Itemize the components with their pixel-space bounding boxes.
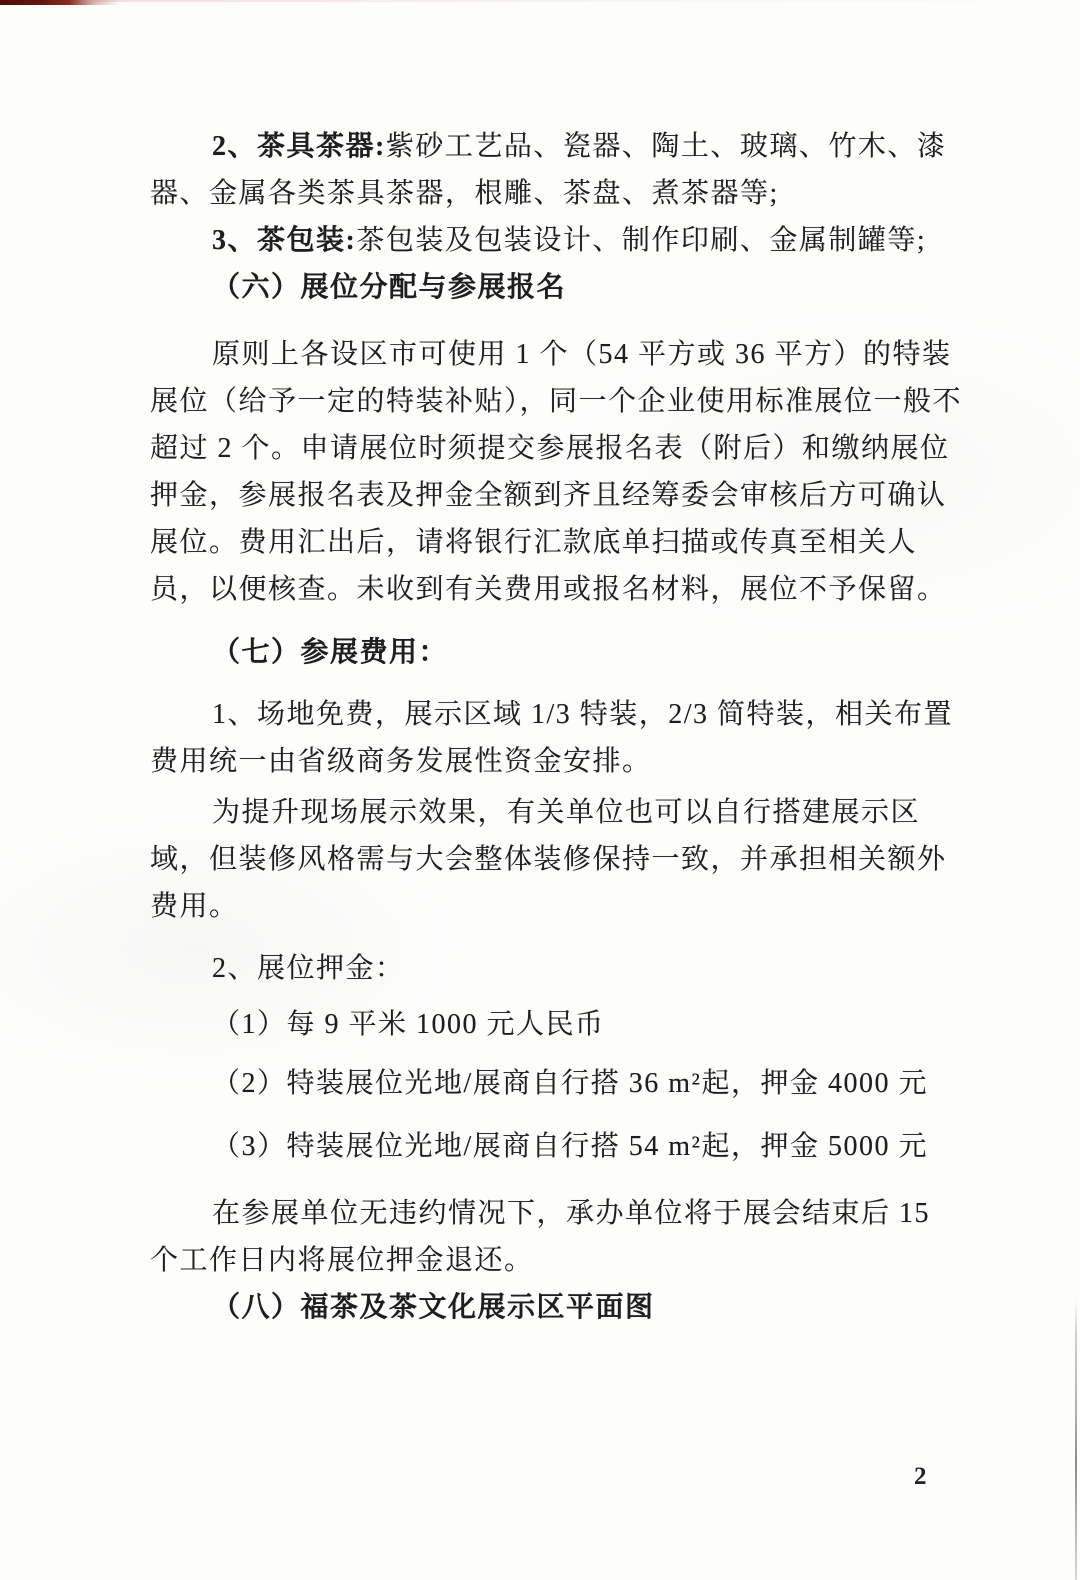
line-text: 展位。费用汇出后，请将银行汇款底单扫描或传真至相关人 (150, 527, 917, 558)
line-text: （3）特装展位光地/展商自行搭 54 m²起，押金 5000 元 (212, 1131, 928, 1162)
line-text: 超过 2 个。申请展位时须提交参展报名表（附后）和缴纳展位 (150, 433, 950, 464)
text-line: （2）特装展位光地/展商自行搭 36 m²起，押金 4000 元 (212, 1060, 934, 1107)
heading-text: （八）福茶及茶文化展示区平面图 (212, 1292, 655, 1323)
text-line: 1、场地免费，展示区域 1/3 特装，2/3 简特装，相关布置 (212, 691, 934, 738)
page-content: 2、茶具茶器:紫砂工艺品、瓷器、陶土、玻璃、竹木、漆 器、金属各类茶具茶器，根雕… (150, 123, 934, 1331)
text-line: 展位（给予一定的特装补贴），同一个企业使用标准展位一般不 (150, 378, 934, 425)
heading-text: （七）参展费用： (212, 637, 448, 668)
line-text: 个工作日内将展位押金退还。 (150, 1245, 534, 1276)
line-text: 为提升现场展示效果，有关单位也可以自行搭建展示区 (212, 797, 920, 828)
text-line: 押金，参展报名表及押金全额到齐且经筹委会审核后方可确认 (150, 472, 934, 519)
text-line: （3）特装展位光地/展商自行搭 54 m²起，押金 5000 元 (212, 1123, 934, 1170)
line-text: 员，以便核查。未收到有关费用或报名材料，展位不予保留。 (150, 574, 947, 605)
line-text: 域，但装修风格需与大会整体装修保持一致，并承担相关额外 (150, 844, 947, 875)
section-heading: （七）参展费用： (212, 629, 934, 676)
heading-text: （六）展位分配与参展报名 (212, 272, 566, 303)
text-line: 在参展单位无违约情况下，承办单位将于展会结束后 15 (212, 1190, 934, 1237)
line-text: （2）特装展位光地/展商自行搭 36 m²起，押金 4000 元 (212, 1068, 928, 1099)
text-line: 费用统一由省级商务发展性资金安排。 (150, 738, 934, 785)
line-label: 2、茶具茶器: (212, 131, 386, 162)
line-text: 在参展单位无违约情况下，承办单位将于展会结束后 15 (212, 1198, 930, 1229)
text-line: 展位。费用汇出后，请将银行汇款底单扫描或传真至相关人 (150, 519, 934, 566)
line-text: 2、展位押金： (212, 953, 405, 984)
text-line: 2、茶具茶器:紫砂工艺品、瓷器、陶土、玻璃、竹木、漆 (212, 123, 934, 170)
line-text: 1、场地免费，展示区域 1/3 特装，2/3 简特装，相关布置 (212, 699, 953, 730)
line-text: 费用统一由省级商务发展性资金安排。 (150, 746, 652, 777)
section-heading: （六）展位分配与参展报名 (212, 264, 934, 311)
text-line: 个工作日内将展位押金退还。 (150, 1237, 934, 1284)
line-text: 押金，参展报名表及押金全额到齐且经筹委会审核后方可确认 (150, 480, 947, 511)
line-text: 费用。 (150, 891, 239, 922)
text-line: 为提升现场展示效果，有关单位也可以自行搭建展示区 (212, 789, 934, 836)
text-line: 2、展位押金： (212, 945, 934, 992)
line-text: 原则上各设区市可使用 1 个（54 平方或 36 平方）的特装 (212, 339, 952, 370)
text-line: 3、茶包装:茶包装及包装设计、制作印刷、金属制罐等; (212, 217, 934, 264)
line-text: 器、金属各类茶具茶器，根雕、茶盘、煮茶器等; (150, 178, 779, 209)
text-line: （1）每 9 平米 1000 元人民币 (212, 1001, 934, 1048)
page-number: 2 (914, 1463, 927, 1491)
scan-artifact-top-haze (90, 0, 1080, 2)
text-line: 员，以便核查。未收到有关费用或报名材料，展位不予保留。 (150, 566, 934, 613)
section-heading: （八）福茶及茶文化展示区平面图 (212, 1284, 934, 1331)
text-line: 器、金属各类茶具茶器，根雕、茶盘、煮茶器等; (150, 170, 934, 217)
document-page: 2、茶具茶器:紫砂工艺品、瓷器、陶土、玻璃、竹木、漆 器、金属各类茶具茶器，根雕… (0, 0, 1080, 1580)
text-line: 原则上各设区市可使用 1 个（54 平方或 36 平方）的特装 (212, 331, 934, 378)
text-line: 费用。 (150, 883, 934, 930)
line-text: （1）每 9 平米 1000 元人民币 (212, 1009, 605, 1040)
text-line: 超过 2 个。申请展位时须提交参展报名表（附后）和缴纳展位 (150, 425, 934, 472)
line-text: 展位（给予一定的特装补贴），同一个企业使用标准展位一般不 (150, 386, 962, 417)
line-label: 3、茶包装: (212, 225, 356, 256)
text-line: 域，但装修风格需与大会整体装修保持一致，并承担相关额外 (150, 836, 934, 883)
line-text: 茶包装及包装设计、制作印刷、金属制罐等; (356, 225, 926, 256)
scan-artifact-right-edge (1075, 1300, 1077, 1580)
line-text: 紫砂工艺品、瓷器、陶土、玻璃、竹木、漆 (386, 131, 947, 162)
